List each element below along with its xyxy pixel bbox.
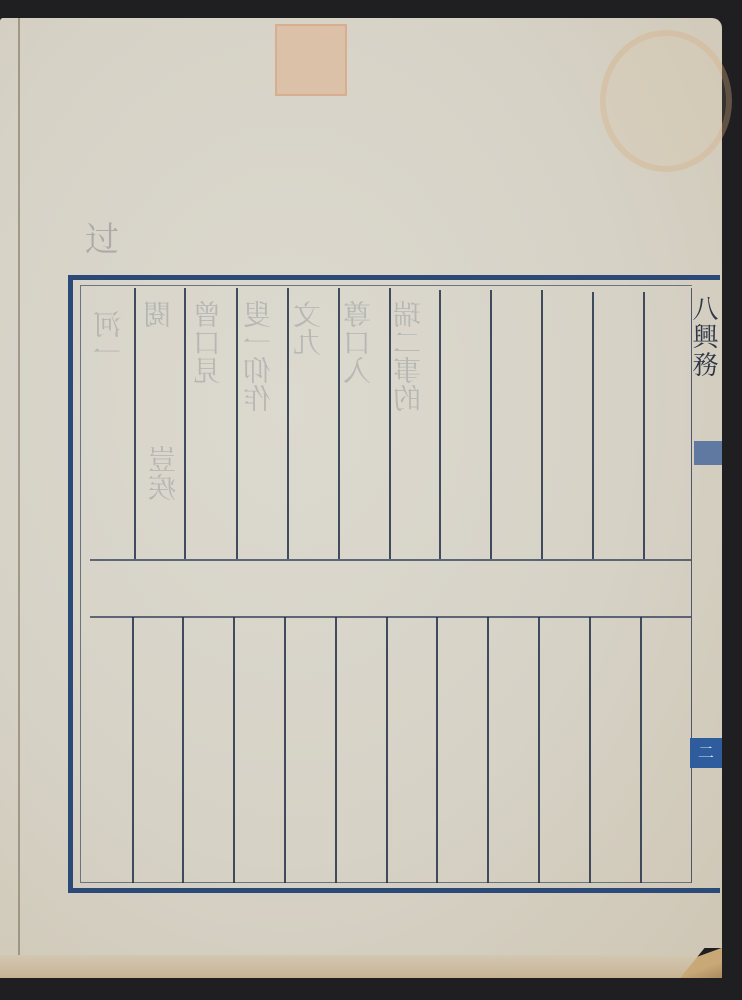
register-divider-top <box>90 559 692 561</box>
water-stain <box>600 30 732 172</box>
column-rule <box>490 290 492 559</box>
column-rule <box>233 617 235 883</box>
column-rule <box>389 288 391 559</box>
column-rule <box>640 617 642 883</box>
column-rule <box>287 288 289 559</box>
column-rule <box>284 617 286 883</box>
column-rule <box>592 292 594 559</box>
centerfold-title: 八興務 <box>692 295 722 379</box>
column-rule <box>184 288 186 559</box>
column-rule <box>589 617 591 883</box>
column-rule <box>236 288 238 559</box>
column-rule <box>386 617 388 883</box>
column-rule <box>132 617 134 883</box>
register-divider-bottom <box>90 616 692 618</box>
column-rule <box>436 617 438 883</box>
column-rule <box>487 617 489 883</box>
column-rule <box>335 617 337 883</box>
margin-annotation: 过 <box>85 212 119 261</box>
column-rule <box>338 288 340 559</box>
column-rule <box>538 617 540 883</box>
fishtail-marker <box>694 441 722 465</box>
column-rule <box>439 290 441 559</box>
column-rule <box>643 292 645 559</box>
column-rule <box>182 617 184 883</box>
page-bottom-edge <box>0 955 722 978</box>
collector-seal <box>275 24 347 96</box>
page-number: 二 <box>690 738 722 768</box>
column-rule <box>134 288 136 559</box>
previous-page-edge <box>18 18 20 978</box>
column-rule <box>541 290 543 559</box>
